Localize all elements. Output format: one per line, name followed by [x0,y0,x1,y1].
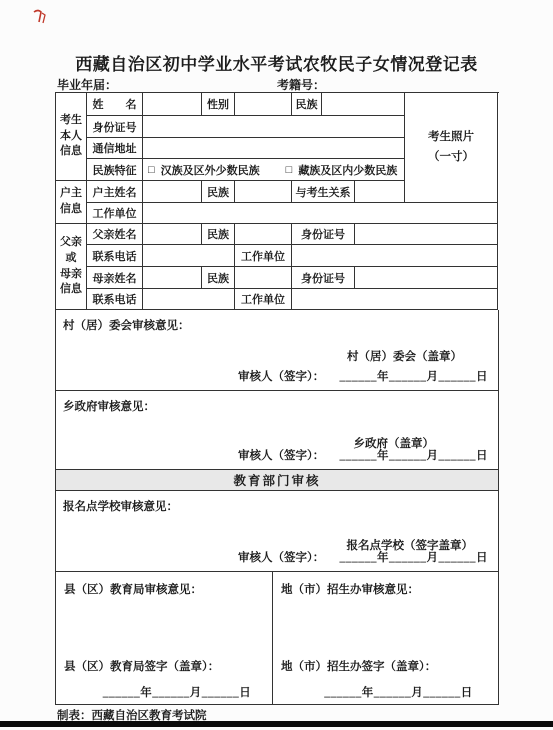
mother-ethnicity-value-cell[interactable] [235,267,292,289]
mother-phone-label: 联系电话 [87,289,143,310]
group-parents-info: 父亲 或 母亲 信息 [56,224,87,310]
mother-ethnicity-label: 民族 [202,267,235,289]
gender-label: 性别 [202,93,235,116]
county-sign-label: 县（区）教育局签字（盖章）： [64,658,219,674]
mother-workunit-label: 工作单位 [235,289,292,310]
city-admissions-office-column: 地（市）招生办审核意见： 地（市）招生办签字（盖章）： ______年_____… [273,572,498,704]
form-body: 考生 本人 信息 户主 信息 父亲 或 母亲 信息 考生照片 （一寸） 姓 名 … [55,92,499,705]
county-opinion-label: 县（区）教育局审核意见： [64,581,202,597]
father-phone-label: 联系电话 [87,245,143,267]
father-name-value-cell[interactable] [143,224,202,245]
city-date-blank[interactable]: ______年______月______日 [273,684,498,700]
father-id-label: 身份证号 [292,224,355,245]
village-opinion-label: 村（居）委会审核意见： [63,317,190,333]
householder-ethnicity-value-cell[interactable] [235,181,292,203]
village-reviewer-line: 审核人（签字）： ______年______月______日 [56,368,498,383]
form-title: 西藏自治区初中学业水平考试农牧民子女情况登记表 [0,50,553,75]
father-workunit-value-cell[interactable] [292,245,498,267]
red-pen-mark-icon [32,8,47,25]
father-workunit-label: 工作单位 [235,245,292,267]
mother-id-value-cell[interactable] [355,267,498,289]
father-id-value-cell[interactable] [355,224,498,245]
county-education-bureau-column: 县（区）教育局审核意见： 县（区）教育局签字（盖章）： ______年_____… [56,572,273,704]
id-number-label: 身份证号 [87,116,143,138]
mother-name-label: 母亲姓名 [87,267,143,289]
bottom-audit-section: 县（区）教育局审核意见： 县（区）教育局签字（盖章）： ______年_____… [55,572,499,705]
address-value-cell[interactable] [143,138,405,159]
village-committee-section: 村（居）委会审核意见： 村（居）委会（盖章） 审核人（签字）： ______年_… [55,310,499,391]
education-department-band: 教育部门审核 [55,470,499,491]
township-date-blank[interactable]: ______年______月______日 [340,447,489,463]
village-date-blank[interactable]: ______年______月______日 [340,368,489,384]
school-reviewer-line: 审核人（签字）： ______年______月______日 [56,549,498,564]
mother-workunit-value-cell[interactable] [292,289,498,310]
householder-ethnicity-label: 民族 [202,181,235,203]
ethnicity-label: 民族 [292,93,322,116]
group-candidate-info: 考生 本人 信息 [56,93,87,181]
mother-name-value-cell[interactable] [143,267,202,289]
mother-phone-value-cell[interactable] [143,289,235,310]
city-sign-label: 地（市）招生办签字（盖章）： [281,658,436,674]
township-section: 乡政府审核意见： 乡政府（盖章） 审核人（签字）： ______年______月… [55,391,499,470]
tibetan-option: □ 藏族及区内少数民族 [286,162,398,178]
candidate-photo-box: 考生照片 （一寸） [405,93,498,203]
township-opinion-label: 乡政府审核意见： [63,398,155,414]
tibetan-option-label: 藏族及区内少数民族 [298,162,397,178]
township-reviewer-label: 审核人（签字）： [238,447,324,463]
school-section: 报名点学校审核意见： 报名点学校（签字盖章） 审核人（签字）： ______年_… [55,491,499,572]
father-name-label: 父亲姓名 [87,224,143,245]
exam-number-label: 考籍号： [277,76,325,93]
village-reviewer-label: 审核人（签字）： [238,368,324,384]
relation-label: 与考生关系 [292,181,355,203]
registration-form-page: 西藏自治区初中学业水平考试农牧民子女情况登记表 毕业年届： 考籍号： 考生 本人… [0,0,553,730]
ethnic-trait-label: 民族特征 [87,159,143,181]
father-ethnicity-value-cell[interactable] [235,224,292,245]
city-opinion-label: 地（市）招生办审核意见： [281,581,419,597]
han-checkbox-icon[interactable]: □ [148,164,155,176]
father-phone-value-cell[interactable] [143,245,235,267]
bottom-divider-bar [0,721,553,727]
mother-id-label: 身份证号 [292,267,355,289]
householder-workunit-label: 工作单位 [87,203,143,224]
id-number-value-cell[interactable] [143,116,405,138]
meta-row: 毕业年届： 考籍号： [0,76,553,92]
ethnic-trait-options: □ 汉族及区外少数民族 □ 藏族及区内少数民族 [143,159,405,181]
householder-workunit-value-cell[interactable] [143,203,498,224]
candidate-info-table: 考生 本人 信息 户主 信息 父亲 或 母亲 信息 考生照片 （一寸） 姓 名 … [55,92,499,310]
group-householder-info: 户主 信息 [56,181,87,224]
graduation-year-label: 毕业年届： [57,76,117,93]
township-reviewer-line: 审核人（签字）： ______年______月______日 [56,447,498,462]
han-option: □ 汉族及区外少数民族 [148,162,260,178]
school-date-blank[interactable]: ______年______月______日 [340,549,489,565]
school-reviewer-label: 审核人（签字）： [238,549,324,565]
gender-value-cell[interactable] [235,93,292,116]
householder-name-value-cell[interactable] [143,181,202,203]
householder-name-label: 户主姓名 [87,181,143,203]
name-value-cell[interactable] [143,93,202,116]
county-date-blank[interactable]: ______年______月______日 [56,684,272,700]
name-label: 姓 名 [87,93,143,116]
village-seal-label: 村（居）委会（盖章） [347,348,462,364]
relation-value-cell[interactable] [355,181,405,203]
tibetan-checkbox-icon[interactable]: □ [286,164,293,176]
address-label: 通信地址 [87,138,143,159]
han-option-label: 汉族及区外少数民族 [161,162,260,178]
father-ethnicity-label: 民族 [202,224,235,245]
ethnicity-value-cell[interactable] [322,93,405,116]
school-opinion-label: 报名点学校审核意见： [63,498,178,514]
